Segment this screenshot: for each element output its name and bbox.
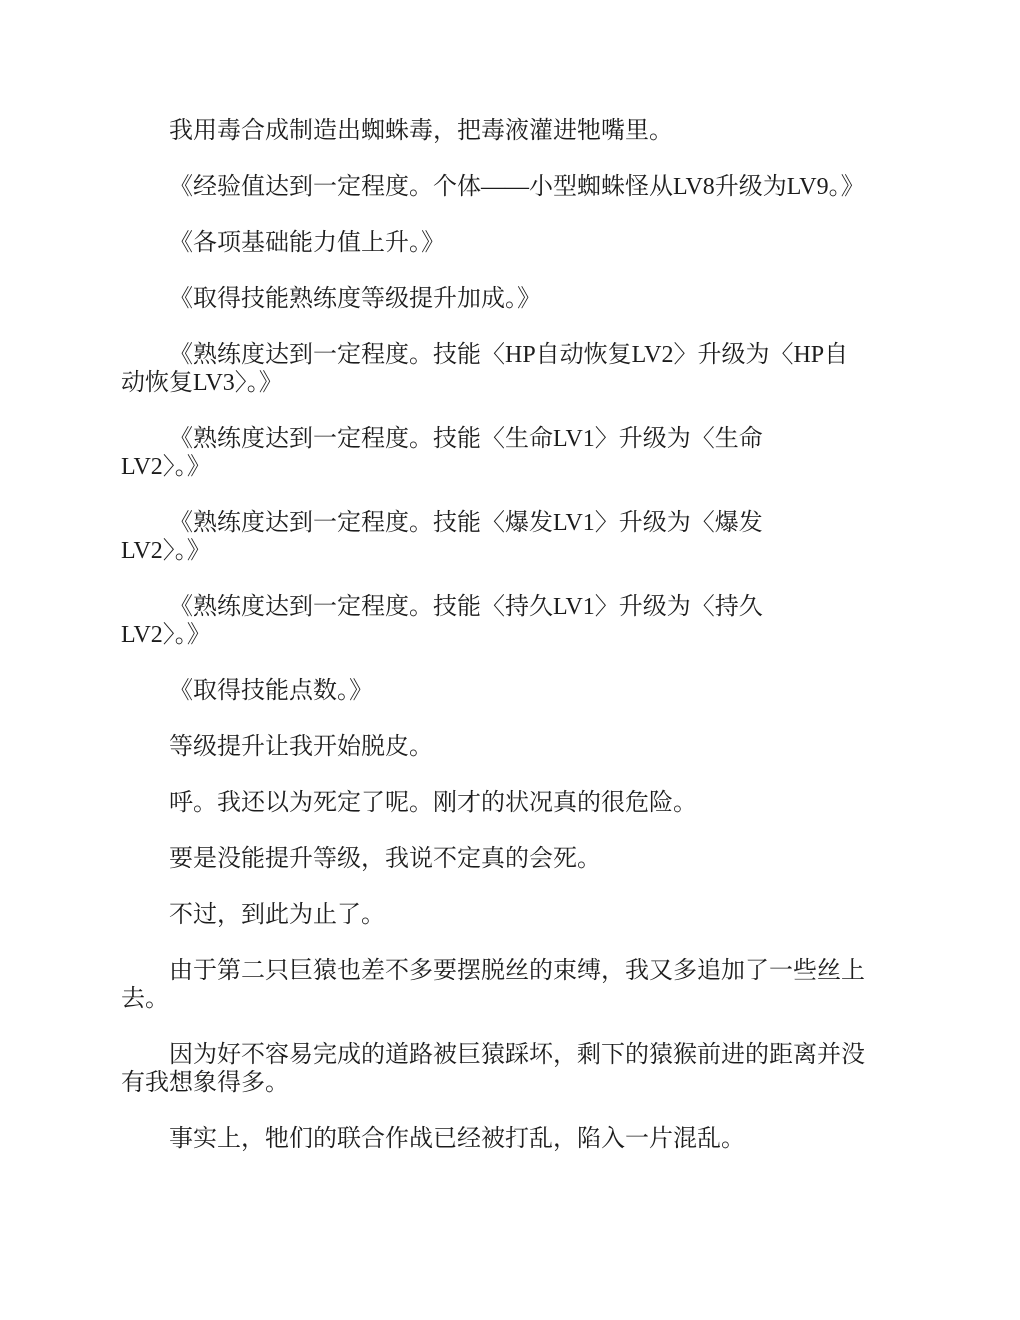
paragraph: 事实上，牠们的联合作战已经被打乱，陷入一片混乱。 bbox=[121, 1125, 902, 1153]
paragraph-system-message: 《各项基础能力值上升。》 bbox=[121, 229, 902, 257]
paragraph-system-message: 《熟练度达到一定程度。技能〈生命LV1〉升级为〈生命 LV2〉。》 bbox=[121, 425, 902, 481]
paragraph: 不过，到此为止了。 bbox=[121, 901, 902, 929]
paragraph-system-message: 《取得技能点数。》 bbox=[121, 677, 902, 705]
paragraph-system-message: 《熟练度达到一定程度。技能〈HP自动恢复LV2〉升级为〈HP自 动恢复LV3〉。… bbox=[121, 341, 902, 397]
paragraph-system-message: 《经验值达到一定程度。个体——小型蜘蛛怪从LV8升级为LV9。》 bbox=[121, 173, 902, 201]
paragraph: 由于第二只巨猿也差不多要摆脱丝的束缚，我又多追加了一些丝上 去。 bbox=[121, 957, 902, 1013]
paragraph: 等级提升让我开始脱皮。 bbox=[121, 733, 902, 761]
paragraph-system-message: 《熟练度达到一定程度。技能〈爆发LV1〉升级为〈爆发 LV2〉。》 bbox=[121, 509, 902, 565]
paragraph-system-message: 《取得技能熟练度等级提升加成。》 bbox=[121, 285, 902, 313]
paragraph: 要是没能提升等级，我说不定真的会死。 bbox=[121, 845, 902, 873]
paragraph-system-message: 《熟练度达到一定程度。技能〈持久LV1〉升级为〈持久 LV2〉。》 bbox=[121, 593, 902, 649]
paragraph: 因为好不容易完成的道路被巨猿踩坏，剩下的猿猴前进的距离并没 有我想象得多。 bbox=[121, 1041, 902, 1097]
paragraph: 呼。我还以为死定了呢。刚才的状况真的很危险。 bbox=[121, 789, 902, 817]
document-page: 我用毒合成制造出蜘蛛毒，把毒液灌进牠嘴里。 《经验值达到一定程度。个体——小型蜘… bbox=[0, 0, 1020, 1320]
paragraph: 我用毒合成制造出蜘蛛毒，把毒液灌进牠嘴里。 bbox=[121, 117, 902, 145]
